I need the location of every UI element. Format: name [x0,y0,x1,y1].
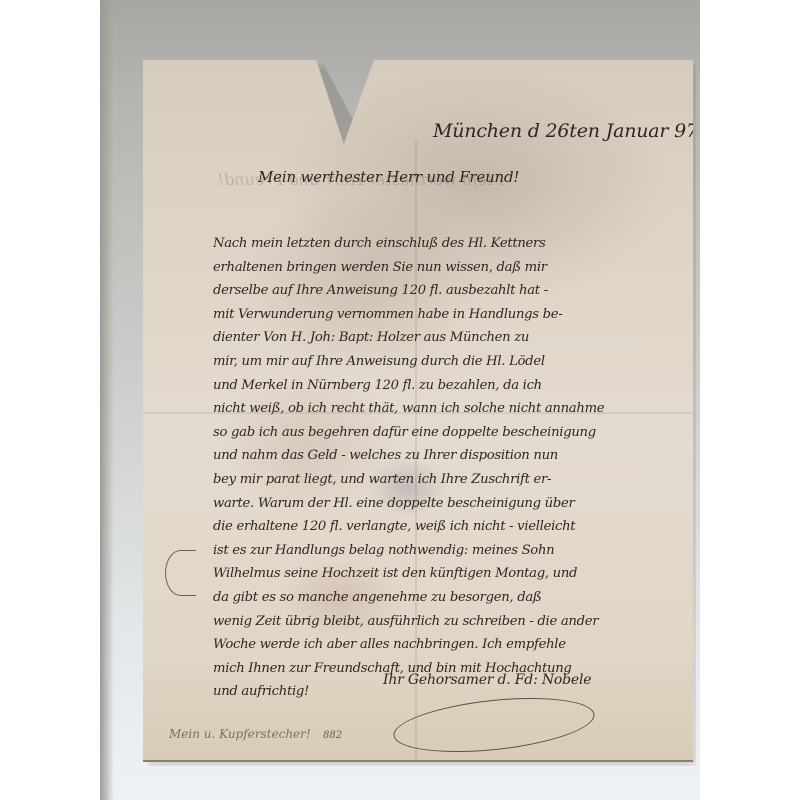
letter-dateline: München d 26ten Januar 97. [433,120,700,142]
body-line: und Merkel in Nürnberg 120 fl. zu bezahl… [213,374,683,398]
body-line: Woche werde ich aber alles nachbringen. … [213,633,683,657]
body-line: derselbe auf Ihre Anweisung 120 fl. ausb… [213,279,683,303]
body-line: mit Verwunderung vernommen habe in Handl… [213,303,683,327]
body-line: und nahm das Geld - welches zu Ihrer dis… [213,444,683,468]
body-line: erhaltenen bringen werden Sie nun wissen… [213,256,683,280]
body-line: Nach mein letzten durch einschluß des Hl… [213,232,683,256]
body-line: die erhaltene 120 fl. verlangte, weiß ic… [213,515,683,539]
letter-body: Nach mein letzten durch einschluß des Hl… [213,232,683,704]
margin-flourish [165,550,196,596]
body-line: nicht weiß, ob ich recht thät, wann ich … [213,397,683,421]
letter-closing-signature: Ihr Gehorsamer d. Fd: Nobele [383,672,591,688]
body-line: warte. Warum der Hl. eine doppelte besch… [213,492,683,516]
body-line: wenig Zeit übrig bleibt, ausführlich zu … [213,610,683,634]
body-line: ist es zur Handlungs belag nothwendig: m… [213,539,683,563]
body-line: mir, um mir auf Ihre Anweisung durch die… [213,350,683,374]
body-line: Wilhelmus seine Hochzeit ist den künftig… [213,562,683,586]
body-line: so gab ich aus begehren dafür eine doppe… [213,421,683,445]
pencil-annotation: Mein u. Kupferstecher! [169,727,311,741]
pencil-catalog-number: 882 [323,730,342,741]
letter-salutation: Mein werthester Herr und Freund! [258,168,519,186]
body-line: bey mir parat liegt, und warten ich Ihre… [213,468,683,492]
letter-paper: Mein werthester Herr und Freund! München… [143,60,693,762]
body-line: dienter Von H. Joh: Bapt: Holzer aus Mün… [213,326,683,350]
letter-photograph: Mein werthester Herr und Freund! München… [100,0,700,800]
body-line: da gibt es so manche angenehme zu besorg… [213,586,683,610]
